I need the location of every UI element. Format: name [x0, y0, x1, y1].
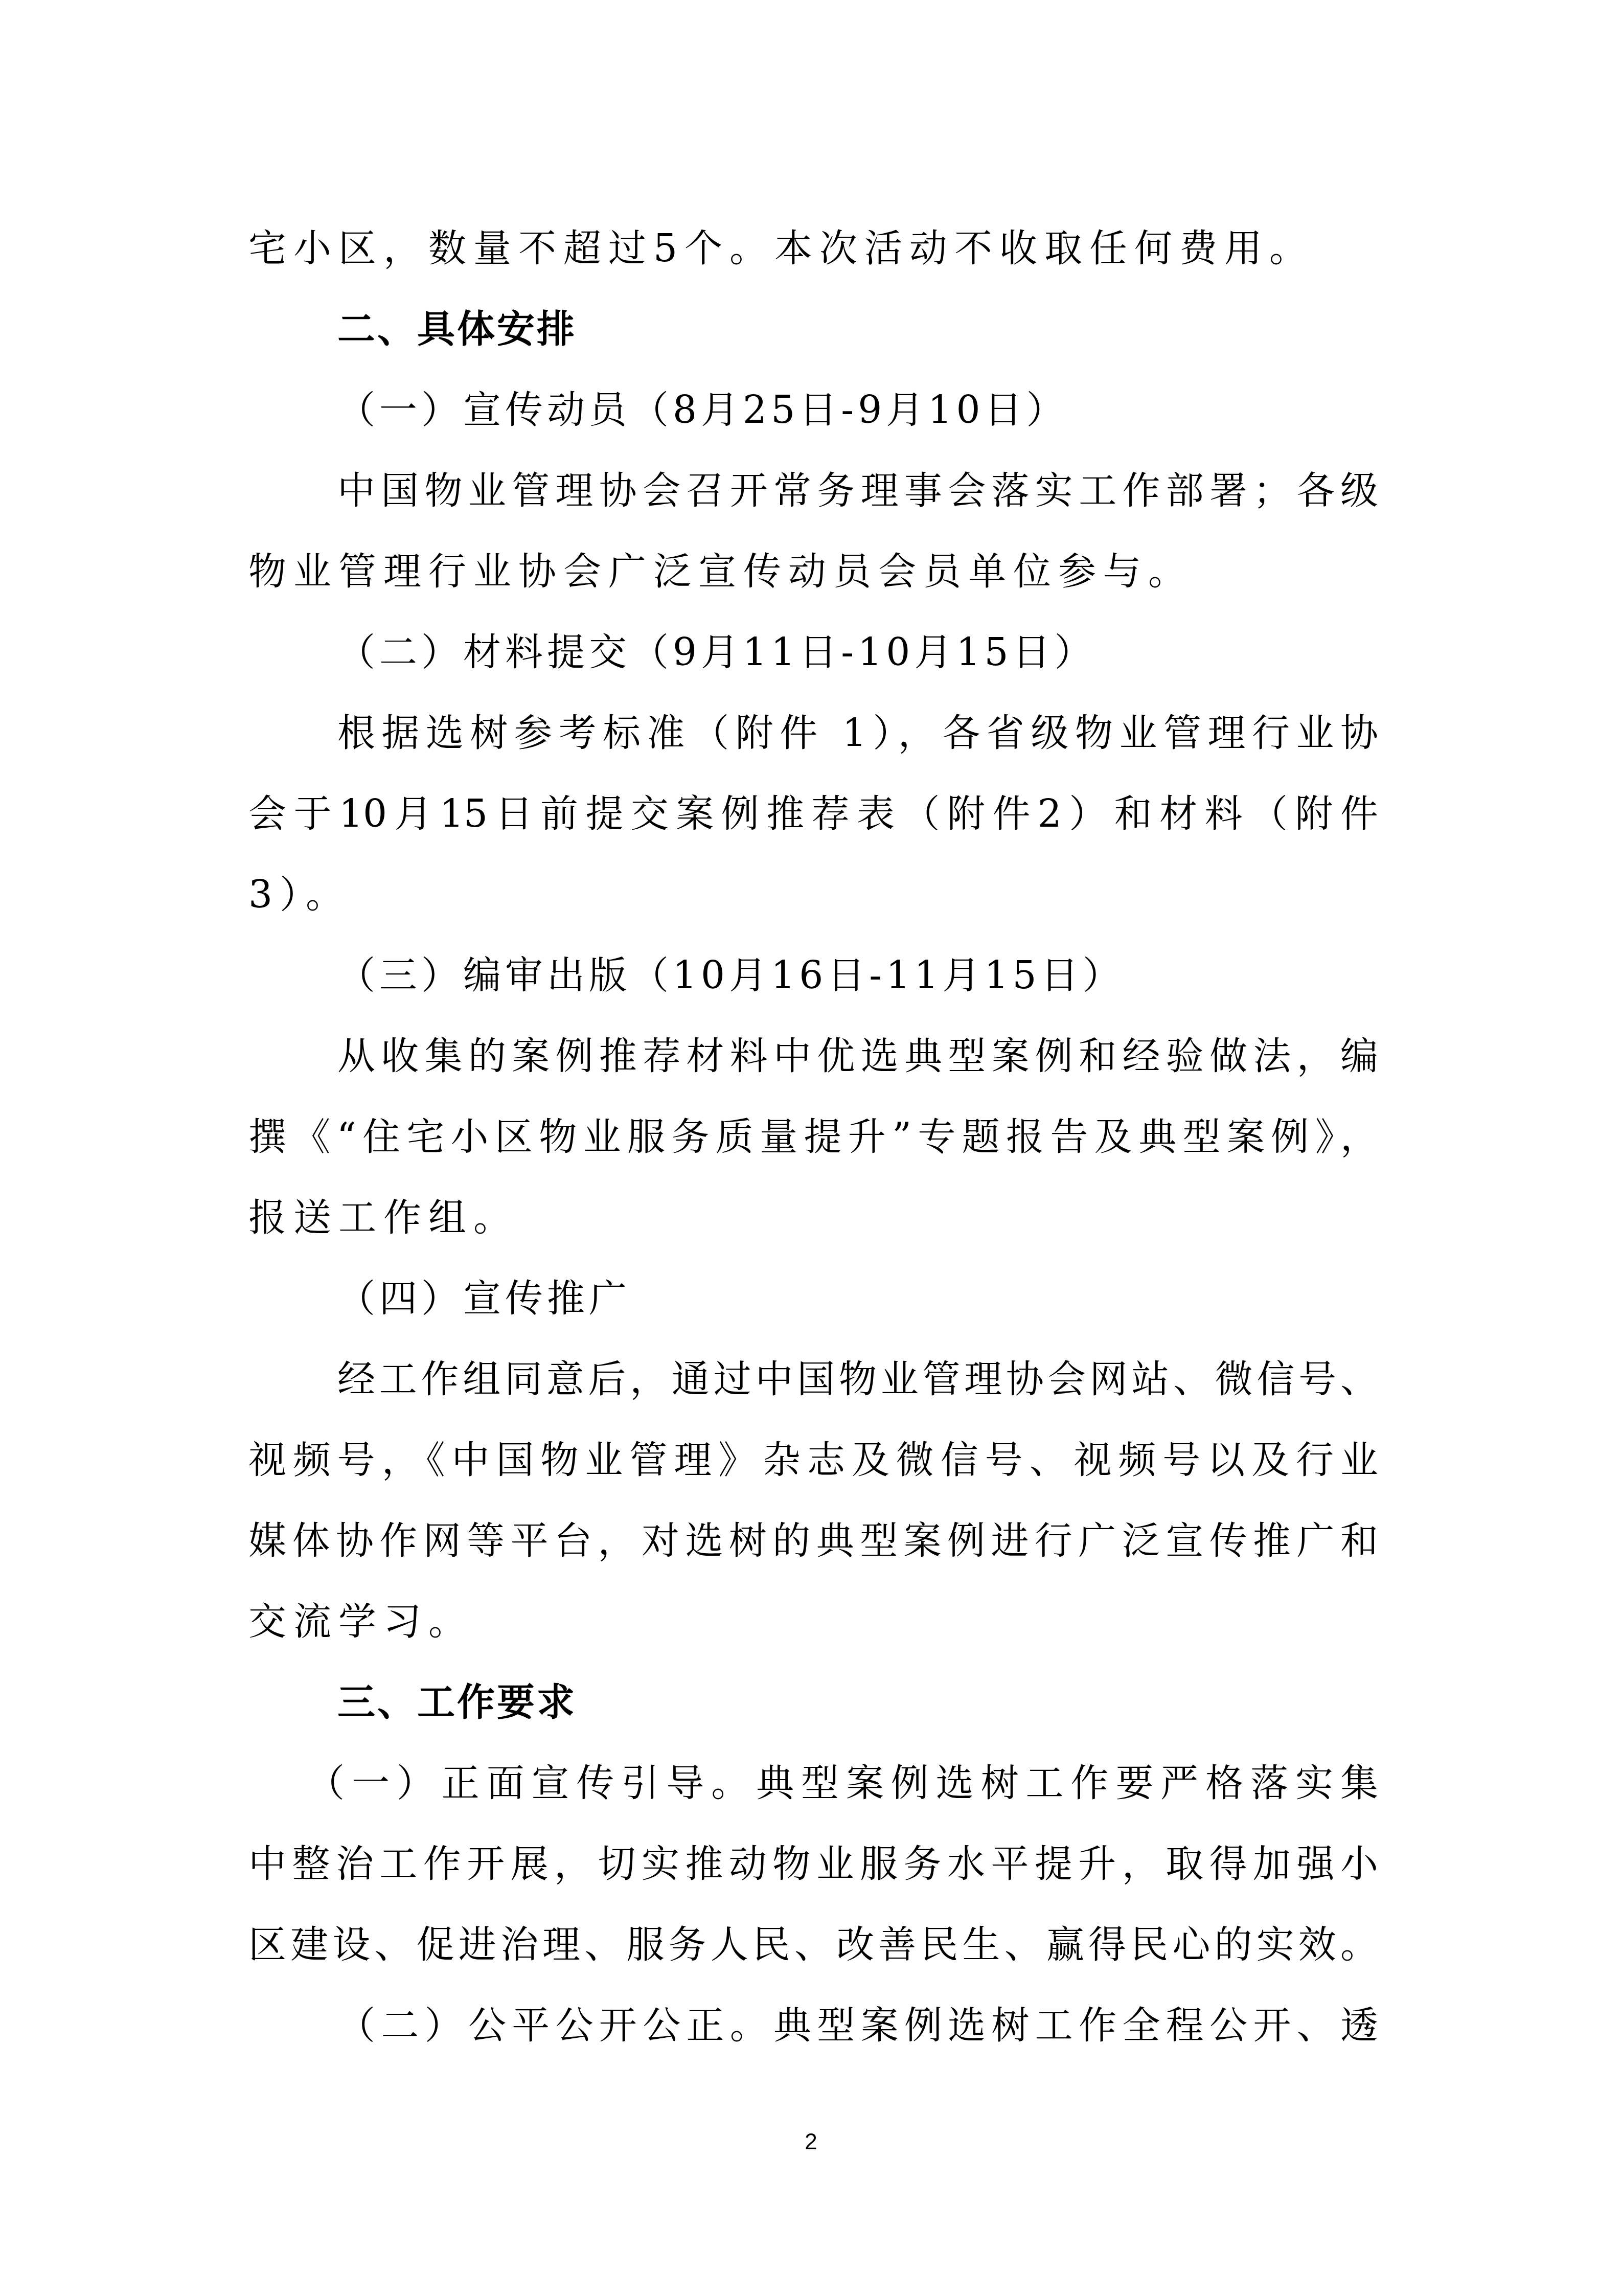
page-number: 2: [0, 2127, 1622, 2157]
paragraph-line: 物业管理行业协会广泛宣传动员会员单位参与。: [248, 546, 1378, 597]
document-page: 宅小区，数量不超过5个。本次活动不收取任何费用。 二、具体安排 （一）宣传动员（…: [0, 0, 1622, 2296]
paragraph-line: 经工作组同意后，通过中国物业管理协会网站、微信号、: [337, 1354, 1378, 1405]
paragraph-line: 区建设、促进治理、服务人民、改善民生、赢得民心的实效。: [248, 1919, 1378, 1970]
subsection-heading-material-submission: （二）材料提交（9月11日-10月15日）: [337, 627, 1378, 678]
section-heading-work-requirements: 三、工作要求: [337, 1677, 1378, 1728]
paragraph-line: 3）。: [248, 869, 1378, 920]
paragraph-line: （一）正面宣传引导。典型案例选树工作要严格落实集: [307, 1758, 1378, 1809]
paragraph-line: 中国物业管理协会召开常务理事会落实工作部署；各级: [337, 465, 1378, 516]
paragraph-line: 撰《“住宅小区物业服务质量提升”专题报告及典型案例》，: [248, 1111, 1378, 1163]
section-heading-specific-arrangements: 二、具体安排: [337, 304, 1378, 355]
subsection-heading-promotion: （四）宣传推广: [337, 1273, 1378, 1324]
paragraph-line-eligibility-end: 宅小区，数量不超过5个。本次活动不收取任何费用。: [248, 223, 1378, 274]
paragraph-line: 根据选树参考标准（附件 1），各省级物业管理行业协: [337, 708, 1378, 759]
paragraph-line: （二）公平公开公正。典型案例选树工作全程公开、透: [337, 2000, 1378, 2051]
paragraph-line: 交流学习。: [248, 1596, 1378, 1647]
paragraph-line: 媒体协作网等平台，对选树的典型案例进行广泛宣传推广和: [248, 1515, 1378, 1566]
paragraph-line: 中整治工作开展，切实推动物业服务水平提升，取得加强小: [248, 1838, 1378, 1890]
paragraph-line: 会于10月15日前提交案例推荐表（附件2）和材料（附件: [248, 788, 1378, 839]
subsection-heading-publicity-mobilization: （一）宣传动员（8月25日-9月10日）: [337, 384, 1378, 436]
subsection-heading-editing-publishing: （三）编审出版（10月16日-11月15日）: [337, 950, 1378, 1001]
paragraph-line: 报送工作组。: [248, 1192, 1378, 1243]
paragraph-line: 视频号，《中国物业管理》杂志及微信号、视频号以及行业: [248, 1435, 1378, 1486]
paragraph-line: 从收集的案例推荐材料中优选典型案例和经验做法，编: [337, 1031, 1378, 1082]
